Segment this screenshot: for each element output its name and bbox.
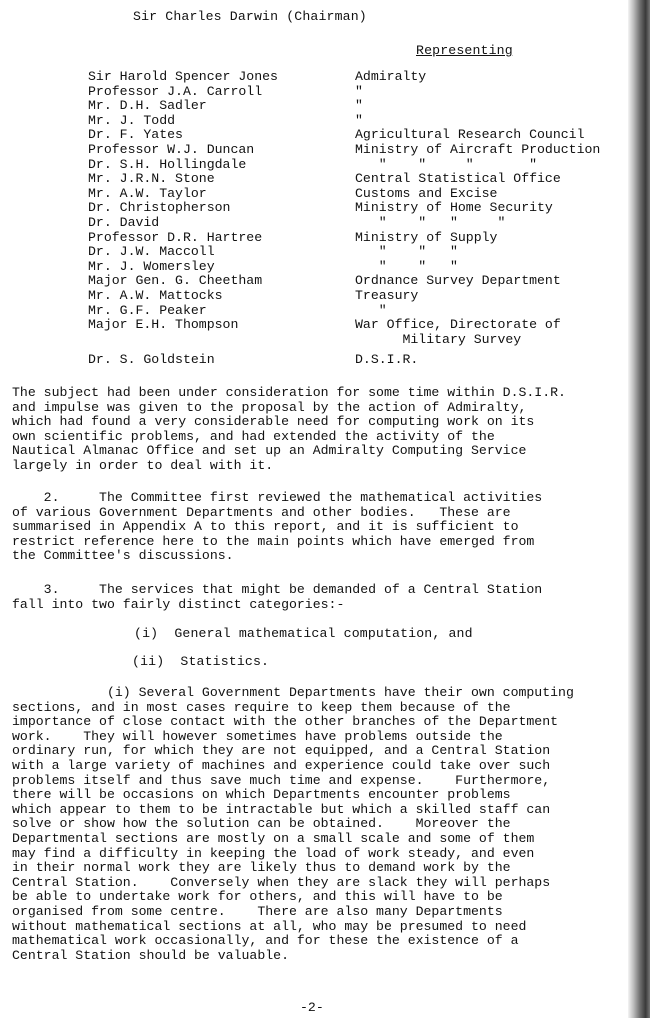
member-name: Dr. F. Yates — [88, 128, 183, 143]
member-representing: Ministry of Supply — [355, 231, 497, 246]
text-line: solve or show how the solution can be ob… — [12, 817, 644, 832]
text-line: Central Station. Conversely when they ar… — [12, 876, 644, 891]
text-line: own scientific problems, and had extende… — [12, 430, 644, 445]
document-page: Sir Charles Darwin (Chairman) Representi… — [0, 0, 650, 1018]
text-line: which had found a very considerable need… — [12, 415, 644, 430]
member-representing: " " " " — [355, 216, 505, 231]
member-representing: War Office, Directorate of — [355, 318, 561, 333]
text-line: summarised in Appendix A to this report,… — [12, 520, 644, 535]
member-row: Mr. A.W. MattocksTreasury — [88, 289, 608, 304]
text-line: Central Station should be valuable. — [12, 949, 644, 964]
member-name: Dr. S. Goldstein — [88, 353, 215, 368]
member-name: Major E.H. Thompson — [88, 318, 238, 333]
member-representing: Customs and Excise — [355, 187, 497, 202]
member-name: Mr. D.H. Sadler — [88, 99, 207, 114]
text-line: 2. The Committee first reviewed the math… — [12, 491, 644, 506]
member-representing: " " " — [355, 245, 458, 260]
text-line: The subject had been under consideration… — [12, 386, 644, 401]
category-item-2: (ii) Statistics. — [132, 655, 269, 670]
text-line: Nautical Almanac Office and set up an Ad… — [12, 444, 644, 459]
paragraph-3-i: (i) Several Government Departments have … — [12, 686, 644, 963]
member-representing: Military Survey — [355, 333, 521, 348]
member-row: Mr. J. Womersley " " " — [88, 260, 608, 275]
member-name: Mr. G.F. Peaker — [88, 304, 207, 319]
text-line: fall into two fairly distinct categories… — [12, 598, 644, 613]
text-line: may find a difficulty in keeping the loa… — [12, 847, 644, 862]
text-line: the Committee's discussions. — [12, 549, 644, 564]
member-name: Mr. A.W. Mattocks — [88, 289, 223, 304]
text-line: organised from some centre. There are al… — [12, 905, 644, 920]
paragraph-2: 2. The Committee first reviewed the math… — [12, 491, 644, 564]
member-name: Dr. S.H. Hollingdale — [88, 158, 246, 173]
text-line: Departmental sections are mostly on a sm… — [12, 832, 644, 847]
member-name: Major Gen. G. Cheetham — [88, 274, 262, 289]
text-line: work. They will however sometimes have p… — [12, 730, 644, 745]
paragraph-3: 3. The services that might be demanded o… — [12, 583, 644, 612]
text-line: be able to undertake work for others, an… — [12, 890, 644, 905]
text-line: 3. The services that might be demanded o… — [12, 583, 644, 598]
member-representing: Ministry of Aircraft Production — [355, 143, 600, 158]
member-representing: " " " — [355, 260, 458, 275]
member-representing: D.S.I.R. — [355, 353, 418, 368]
member-row: Dr. David " " " " — [88, 216, 608, 231]
text-line: importance of close contact with the oth… — [12, 715, 644, 730]
member-row: Mr. J. Todd" — [88, 114, 608, 129]
member-representing: " — [355, 304, 387, 319]
text-line: and impulse was given to the proposal by… — [12, 401, 644, 416]
member-row: Dr. F. YatesAgricultural Research Counci… — [88, 128, 608, 143]
member-row: Major E.H. ThompsonWar Office, Directora… — [88, 318, 608, 333]
member-row: Dr. J.W. Maccoll " " " — [88, 245, 608, 260]
member-representing: " — [355, 114, 363, 129]
text-line: mathematical work occasionally, and for … — [12, 934, 644, 949]
member-representing: Agricultural Research Council — [355, 128, 585, 143]
member-representing: " — [355, 85, 363, 100]
member-row: Dr. S.H. Hollingdale " " " " — [88, 158, 608, 173]
text-line: problems itself and thus save much time … — [12, 774, 644, 789]
member-row: Professor W.J. DuncanMinistry of Aircraf… — [88, 143, 608, 158]
member-name: Professor J.A. Carroll — [88, 85, 262, 100]
chairman-line: Sir Charles Darwin (Chairman) — [133, 10, 367, 25]
member-representing: Admiralty — [355, 70, 426, 85]
member-name: Mr. J. Todd — [88, 114, 175, 129]
text-line: largely in order to deal with it. — [12, 459, 644, 474]
member-representing: Central Statistical Office — [355, 172, 561, 187]
category-item-1: (i) General mathematical computation, an… — [134, 627, 473, 642]
member-row: Dr. S. GoldsteinD.S.I.R. — [88, 353, 608, 368]
member-representing: Treasury — [355, 289, 418, 304]
text-line: of various Government Departments and ot… — [12, 506, 644, 521]
member-row: Professor J.A. Carroll" — [88, 85, 608, 100]
text-line: which appear to them to be intractable b… — [12, 803, 644, 818]
page-number: -2- — [300, 1000, 324, 1015]
text-line: ordinary run, for which they are not equ… — [12, 744, 644, 759]
text-line: restrict reference here to the main poin… — [12, 535, 644, 550]
text-line: there will be occasions on which Departm… — [12, 788, 644, 803]
member-row: Professor D.R. HartreeMinistry of Supply — [88, 231, 608, 246]
member-representing: Ministry of Home Security — [355, 201, 553, 216]
text-line: with a large variety of machines and exp… — [12, 759, 644, 774]
member-row: Mr. D.H. Sadler" — [88, 99, 608, 114]
text-line: sections, and in most cases require to k… — [12, 701, 644, 716]
member-name: Dr. David — [88, 216, 159, 231]
member-row: Major Gen. G. CheethamOrdnance Survey De… — [88, 274, 608, 289]
text-line: in their normal work they are likely thu… — [12, 861, 644, 876]
member-name: Sir Harold Spencer Jones — [88, 70, 278, 85]
member-representing: " — [355, 99, 363, 114]
member-name: Mr. J. Womersley — [88, 260, 215, 275]
member-name: Dr. J.W. Maccoll — [88, 245, 215, 260]
member-row: Dr. ChristophersonMinistry of Home Secur… — [88, 201, 608, 216]
member-row: Mr. J.R.N. StoneCentral Statistical Offi… — [88, 172, 608, 187]
member-name: Mr. A.W. Taylor — [88, 187, 207, 202]
member-name: Professor D.R. Hartree — [88, 231, 262, 246]
paragraph-intro: The subject had been under consideration… — [12, 386, 644, 474]
text-line: (i) Several Government Departments have … — [12, 686, 644, 701]
member-row: Mr. A.W. TaylorCustoms and Excise — [88, 187, 608, 202]
member-row: Mr. G.F. Peaker " — [88, 304, 608, 319]
member-name: Dr. Christopherson — [88, 201, 230, 216]
member-representing: " " " " — [355, 158, 537, 173]
representing-header: Representing — [416, 44, 513, 59]
member-name: Professor W.J. Duncan — [88, 143, 254, 158]
member-row: Military Survey — [88, 333, 608, 348]
members-list: Sir Harold Spencer JonesAdmiraltyProfess… — [88, 70, 608, 368]
member-row: Sir Harold Spencer JonesAdmiralty — [88, 70, 608, 85]
member-representing: Ordnance Survey Department — [355, 274, 561, 289]
text-line: without mathematical sections at all, wh… — [12, 920, 644, 935]
member-name: Mr. J.R.N. Stone — [88, 172, 215, 187]
